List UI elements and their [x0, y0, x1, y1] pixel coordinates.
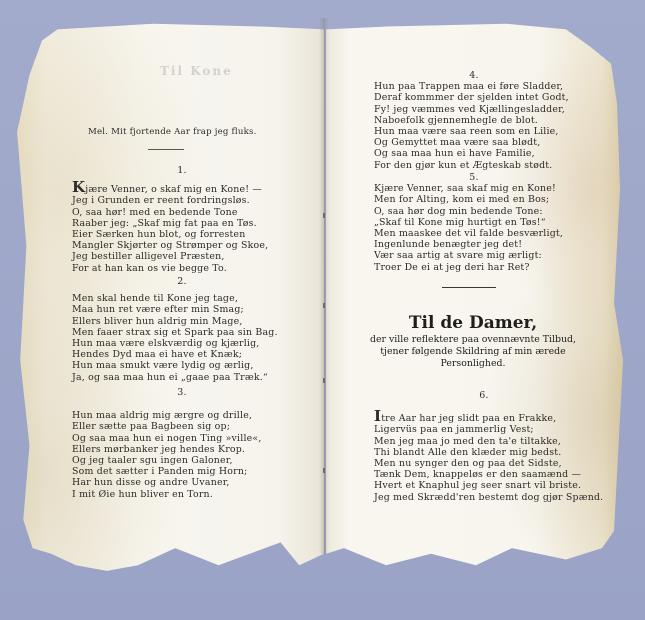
binding-stitch	[323, 468, 325, 473]
verse-line: Jeg med Skrædd'ren bestemt dog gjør Spæn…	[374, 492, 594, 503]
verse-line: Hun maa være elskværdig og kjærlig,	[72, 338, 292, 349]
verse-line: O, saa hør dog min bedende Tone:	[374, 206, 574, 217]
stanza-number: 2.	[72, 276, 292, 287]
stanza-5: 5. Kjære Venner, saa skaf mig en Kone! M…	[374, 172, 574, 273]
binding-stitch	[323, 378, 325, 383]
stanza-2: 2. Men skal hende til Kone jeg tage, Maa…	[72, 276, 292, 383]
verse-line: jære Venner, o skaf mig en Kone! —	[85, 184, 262, 195]
verse-line: Ellers mørbanker jeg hendes Krop.	[72, 444, 292, 455]
section-divider	[442, 287, 496, 288]
verse-line: Ingenlunde benægter jeg det!	[374, 239, 574, 250]
verse-line: Naboefolk gjennemhegle de blot.	[374, 115, 574, 126]
verse-line: tre Aar har jeg slidt paa en Frakke,	[381, 413, 556, 424]
stanza-number: 4.	[374, 70, 574, 81]
stanza-3: 3. Hun maa aldrig mig ærgre og drille, E…	[72, 387, 292, 500]
verse-line: O, saa hør! med en bedende Tone	[72, 207, 292, 218]
heading-title: Til de Damer,	[350, 312, 596, 334]
verse-line: Og saa maa hun ei nogen Ting »ville«,	[72, 433, 292, 444]
verse-line: Og saa maa hun ei have Familie,	[374, 148, 574, 159]
verse-line: Men nu synger den og paa det Sidste,	[374, 458, 594, 469]
verse-line: Vær saa artig at svare mig ærligt:	[374, 250, 574, 261]
binding-stitch	[323, 303, 325, 308]
verse-line: Ja, og saa maa hun ei „gaae paa Træk.“	[72, 372, 292, 383]
heading-subtitle-line: der ville reflektere paa ovennævnte Tilb…	[350, 334, 596, 346]
drop-cap: K	[72, 178, 85, 196]
verse-line: For at han kan os vie begge To.	[72, 263, 292, 274]
verse-line: Tænk Dem, knappeløs er den saamænd —	[374, 469, 594, 480]
divider-rule	[148, 149, 184, 150]
verse-line: I mit Øie hun bliver en Torn.	[72, 489, 292, 500]
book-gutter	[319, 18, 329, 554]
verse-line: Og Gemyttet maa være saa blødt,	[374, 137, 574, 148]
verse-line: Hvert et Knaphul jeg seer snart vil bris…	[374, 480, 594, 491]
verse-line: Maa hun ret være efter min Smag;	[72, 304, 292, 315]
verse-line: For den gjør kun et Ægteskab stødt.	[374, 160, 574, 171]
section-heading: Til de Damer, der ville reflektere paa o…	[350, 312, 596, 370]
verse-line: Kjære Venner, saa skaf mig en Kone!	[374, 183, 574, 194]
stanza-number: 6.	[374, 390, 594, 401]
verse-line: Eier Særken hun blot, og forresten	[72, 229, 292, 240]
stanza-1: 1. Kjære Venner, o skaf mig en Kone! — J…	[72, 165, 292, 274]
verse-line: Ellers bliver hun aldrig min Mage,	[72, 316, 292, 327]
verse-line: Hun maa være saa reen som en Lilie,	[374, 126, 574, 137]
verse-line: Men faaer strax sig et Spark paa sin Bag…	[72, 327, 292, 338]
verse-line: Hun maa smukt være lydig og ærlig,	[72, 360, 292, 371]
ghost-header: Til Kone	[160, 64, 233, 78]
verse-line: Har hun disse og andre Uvaner,	[72, 477, 292, 488]
verse-line: Men for Alting, kom ei med en Bos;	[374, 194, 574, 205]
verse-line: „Skaf til Kone mig hurtigt en Tøs!“	[374, 217, 574, 228]
stanza-number: 5.	[374, 172, 574, 183]
verse-line: Hun paa Trappen maa ei føre Sladder,	[374, 81, 574, 92]
verse-line: Hendes Dyd maa ei have et Knæk;	[72, 349, 292, 360]
verse-line: Men skal hende til Kone jeg tage,	[72, 293, 292, 304]
verse-line: Eller sætte paa Bagbeen sig op;	[72, 421, 292, 432]
verse-line: Troer De ei at jeg deri har Ret?	[374, 262, 574, 273]
stanza-number: 1.	[72, 165, 292, 176]
verse-line: Fy! jeg væmmes ved Kjællingesladder,	[374, 104, 574, 115]
binding-stitch	[323, 213, 325, 218]
verse-line: Jeg bestiller alligevel Præsten,	[72, 251, 292, 262]
verse-line: Mangler Skjørter og Strømper og Skoe,	[72, 240, 292, 251]
verse-line: Jeg i Grunden er reent fordringsløs.	[72, 195, 292, 206]
verse-line: Som det sætter i Panden mig Horn;	[72, 466, 292, 477]
verse-line: Hun maa aldrig mig ærgre og drille,	[72, 410, 292, 421]
verse-line: Deraf kommmer der sjelden intet Godt,	[374, 92, 574, 103]
verse-line: Thi blandt Alle den klæder mig bedst.	[374, 447, 594, 458]
verse-line: Og jeg taaler sgu ingen Galoner,	[72, 455, 292, 466]
verse-line: Raaber jeg: „Skaf mig fat paa en Tøs.	[72, 218, 292, 229]
verse-line: Men maaskee det vil falde besværligt,	[374, 228, 574, 239]
stanza-number: 3.	[72, 387, 292, 398]
stanza-6: 6. Itre Aar har jeg slidt paa en Frakke,…	[374, 390, 594, 503]
stanza-4: 4. Hun paa Trappen maa ei føre Sladder, …	[374, 70, 574, 171]
heading-subtitle-line: Personlighed.	[350, 358, 596, 370]
verse-line: Men jeg maa jo med den ta'e tiltakke,	[374, 436, 594, 447]
heading-subtitle-line: tjener følgende Skildring af min ærede	[350, 346, 596, 358]
melody-line: Mel. Mit fjortende Aar frap jeg fluks.	[88, 127, 257, 138]
verse-line: Ligervüs paa en jammerlig Vest;	[374, 424, 594, 435]
